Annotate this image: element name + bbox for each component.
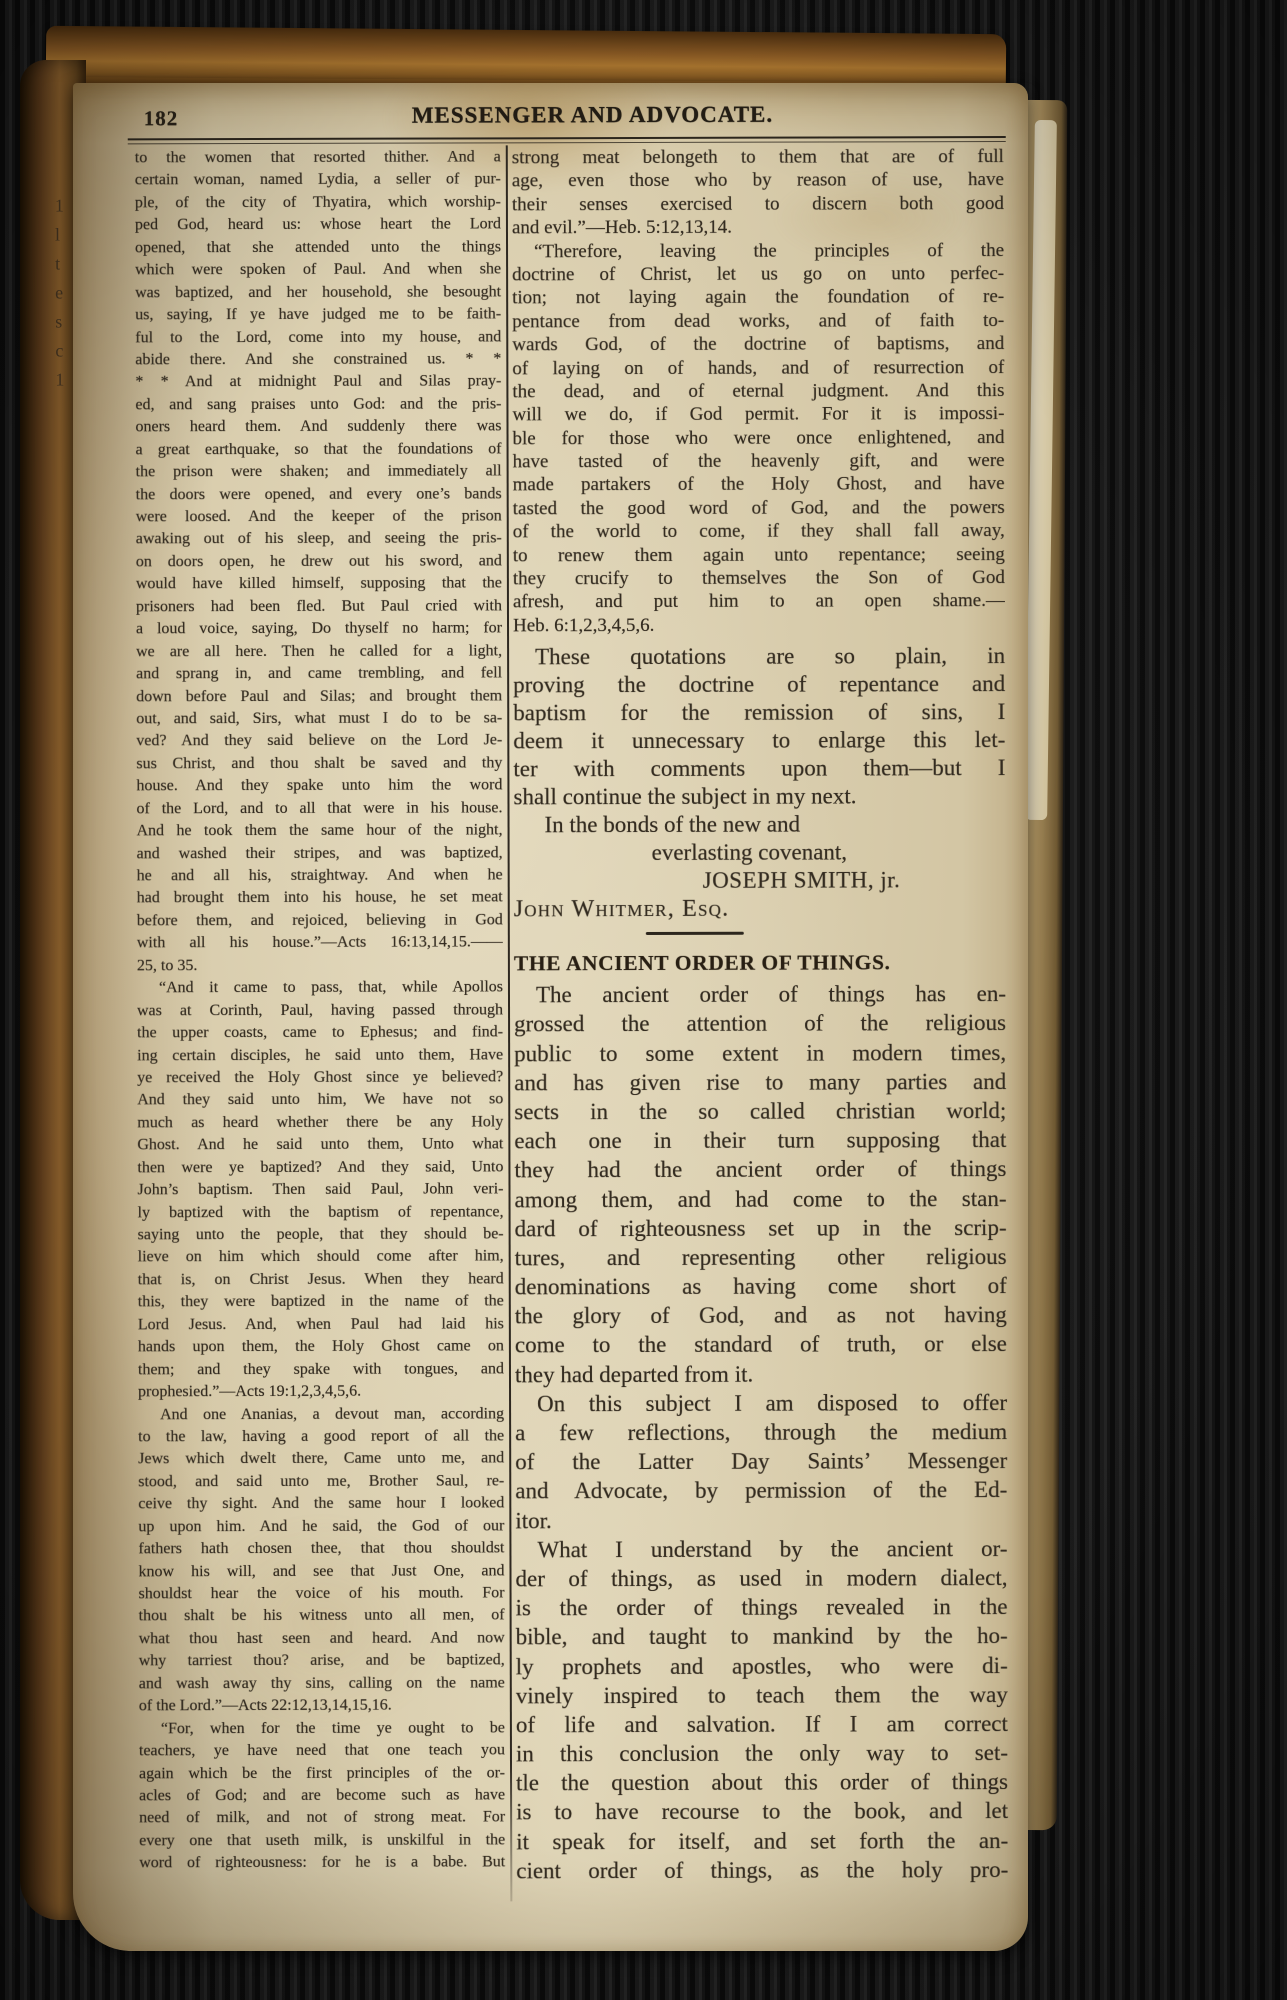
- text-line: John Whitmer, Esq.: [514, 894, 1006, 923]
- text-line: stood, and said unto me, Brother Saul, r…: [138, 1470, 504, 1493]
- text-line: and has given rise to many parties and: [514, 1067, 1006, 1097]
- text-line: and Advocate, by permission of the Ed-: [515, 1475, 1007, 1505]
- text-line: lieve on him which should come after him…: [138, 1246, 504, 1269]
- gutter-letter: t: [55, 249, 73, 278]
- text-line: shouldst hear the voice of his mouth. Fo…: [139, 1582, 505, 1605]
- text-line: doctrine of Christ, let us go on unto pe…: [512, 262, 1004, 287]
- text-line: out, and said, Sirs, what must I do to b…: [136, 707, 502, 730]
- text-line: ter with comments upon them—but I: [513, 754, 1005, 783]
- gutter-letter: c: [55, 336, 73, 365]
- text-line: a great earthquake, so that the foundati…: [136, 438, 502, 461]
- text-line: a loud voice, saying, Do thyself no harm…: [136, 618, 502, 641]
- text-line: Jews which dwelt there, Came unto me, an…: [138, 1448, 504, 1471]
- text-line: were loosed. And the keeper of the priso…: [136, 505, 502, 528]
- text-line: in this conclusion the only way to set-: [516, 1738, 1008, 1768]
- text-line: up upon him. And he said, the God of our: [138, 1515, 504, 1538]
- text-line: ly prophets and apostles, who were di-: [516, 1651, 1008, 1681]
- text-line: tion; not laying again the foundation of…: [512, 285, 1004, 310]
- text-line: which were spoken of Paul. And when she: [135, 259, 501, 282]
- text-line: he and all his, straightway. And when he: [137, 864, 503, 887]
- text-line: have tasted of the heavenly gift, and we…: [513, 449, 1005, 474]
- text-line: itor.: [515, 1505, 1007, 1535]
- text-line: need of milk, and not of strong meat. Fo…: [139, 1807, 505, 1830]
- left-column: to the women that resorted thither. And …: [135, 146, 506, 1875]
- text-line: denominations as having come short of: [515, 1271, 1007, 1301]
- text-line: saying unto the people, that they should…: [138, 1223, 504, 1246]
- text-line: Lord Jesus. And, when Paul had laid his: [138, 1313, 504, 1336]
- text-line: ped God, heard us: whose heart the Lord: [135, 214, 501, 237]
- text-line: of life and salvation. If I am correct: [516, 1709, 1008, 1739]
- text-line: abide there. And she constrained us. * *: [135, 348, 501, 371]
- text-line: cient order of things, as the holy pro-: [516, 1855, 1008, 1885]
- text-line: ple, of the city of Thyatira, which wors…: [135, 191, 501, 214]
- text-line: shall continue the subject in my next.: [513, 782, 1005, 811]
- text-line: again which be the first principles of t…: [139, 1762, 505, 1785]
- text-line: they had the ancient order of things: [514, 1154, 1006, 1184]
- text-line: and wash away thy sins, calling on the n…: [139, 1672, 505, 1695]
- text-line: and washed their stripes, and was baptiz…: [137, 842, 503, 865]
- text-line: dard of righteousness set up in the scri…: [515, 1213, 1007, 1243]
- text-line: had brought them into his house, he set …: [137, 887, 503, 910]
- text-line: before them, and rejoiced, believing in …: [137, 909, 503, 932]
- text-line: Ghost. And he said unto them, Unto what: [137, 1134, 503, 1157]
- text-line: * * And at midnight Paul and Silas pray-: [135, 371, 501, 394]
- text-line: we are all here. Then he called for a li…: [136, 640, 502, 663]
- text-line: wards God, of the doctrine of baptisms, …: [512, 332, 1004, 357]
- text-line: each one in their turn supposing that: [514, 1125, 1006, 1155]
- text-line: down before Paul and Silas; and brought …: [136, 685, 502, 708]
- text-line: ved? And they said believe on the Lord J…: [136, 730, 502, 753]
- text-line: every one that useth milk, is unskilful …: [139, 1829, 505, 1852]
- text-line: certain woman, named Lydia, a seller of …: [135, 169, 501, 192]
- text-line: is the order of things revealed in the: [516, 1592, 1008, 1622]
- text-line: fathers hath chosen thee, that thou shou…: [138, 1537, 504, 1560]
- text-line: “And it came to pass, that, while Apollo…: [137, 977, 503, 1000]
- text-line: will we do, if God permit. For it is imp…: [512, 402, 1004, 427]
- text-line: On this subject I am disposed to offer: [515, 1388, 1007, 1418]
- text-line: of laying on of hands, and of resurrecti…: [512, 356, 1004, 381]
- text-line: and sprang in, and came trembling, and f…: [136, 662, 502, 685]
- text-line: on doors open, he drew out his sword, an…: [136, 550, 502, 573]
- text-line: know his will, and see that Just One, an…: [138, 1560, 504, 1583]
- text-line: ed, and sang praises unto God: and the p…: [135, 393, 501, 416]
- text-line: of the Lord, and to all that were in his…: [136, 797, 502, 820]
- page-content: 182 MESSENGER AND ADVOCATE. 1ltesc1 to t…: [0, 0, 1287, 2000]
- text-line: [514, 922, 1006, 943]
- text-line: they crucify to themselves the Son of Go…: [513, 566, 1005, 591]
- text-line: sus Christ, and thou shalt be saved and …: [136, 752, 502, 775]
- text-line: And one Ananias, a devout man, according: [138, 1403, 504, 1426]
- text-line: house. And they spake unto him the word: [136, 775, 502, 798]
- text-line: ing certain disciples, he said unto them…: [137, 1044, 503, 1067]
- text-line: a few reflections, through the medium: [515, 1417, 1007, 1447]
- text-line: John’s baptism. Then said Paul, John ver…: [137, 1178, 503, 1201]
- text-line: bible, and taught to mankind by the ho-: [516, 1621, 1008, 1651]
- text-line: Heb. 6:1,2,3,4,5,6.: [513, 613, 1005, 638]
- text-line: hands upon them, the Holy Ghost came on: [138, 1336, 504, 1359]
- text-line: oners heard them. And suddenly there was: [135, 416, 501, 439]
- text-line: prisoners had been fled. But Paul cried …: [136, 595, 502, 618]
- text-line: 25, to 35.: [137, 954, 503, 977]
- text-line: THE ANCIENT ORDER OF THINGS.: [514, 945, 1006, 980]
- gutter-letter: s: [55, 307, 73, 336]
- text-line: These quotations are so plain, in: [513, 642, 1005, 671]
- text-line: der of things, as used in modern dialect…: [515, 1563, 1007, 1593]
- text-line: And they said unto him, We have not so: [137, 1089, 503, 1112]
- text-line: the dead, and of eternal judgment. And t…: [512, 379, 1004, 404]
- text-line: the upper coasts, came to Ephesus; and f…: [137, 1021, 503, 1044]
- gutter-letter: 1: [55, 365, 73, 394]
- text-line: was baptized, and her household, she bes…: [135, 281, 501, 304]
- photo-background: 182 MESSENGER AND ADVOCATE. 1ltesc1 to t…: [0, 0, 1287, 2000]
- text-line: strong meat belongeth to them that are o…: [512, 145, 1004, 170]
- text-line: tures, and representing other religious: [515, 1242, 1007, 1272]
- text-line: prophesied.”—Acts 19:1,2,3,4,5,6.: [138, 1380, 504, 1403]
- column-divider: [506, 145, 513, 1901]
- text-line: was at Corinth, Paul, having passed thro…: [137, 999, 503, 1022]
- text-line: to the women that resorted thither. And …: [135, 146, 501, 169]
- gutter-letter: e: [55, 278, 73, 307]
- text-line: to the law, having a good report of all …: [138, 1425, 504, 1448]
- text-line: is to have recourse to the book, and let: [516, 1797, 1008, 1827]
- text-line: their senses exercised to discern both g…: [512, 192, 1004, 217]
- text-line: them; and they spake with tongues, and: [138, 1358, 504, 1381]
- journal-title: MESSENGER AND ADVOCATE.: [412, 102, 773, 129]
- gutter-letter: 1: [55, 191, 73, 220]
- text-line: us, saying, If ye have judged me to be f…: [135, 303, 501, 326]
- text-line: pentance from dead works, and of faith t…: [512, 309, 1004, 334]
- text-line: this, they were baptized in the name of …: [138, 1291, 504, 1314]
- text-line: made partakers of the Holy Ghost, and ha…: [513, 473, 1005, 498]
- text-line: age, even those who by reason of use, ha…: [512, 168, 1004, 193]
- text-line: JOSEPH SMITH, jr.: [703, 866, 1006, 895]
- text-line: vinely inspired to teach them the way: [516, 1680, 1008, 1710]
- text-line: ble for those who were once enlightened,…: [512, 426, 1004, 451]
- text-line: What I understand by the ancient or-: [515, 1534, 1007, 1564]
- text-line: public to some extent in modern times,: [514, 1038, 1006, 1068]
- page-number: 182: [144, 106, 179, 131]
- text-line: The ancient order of things has en-: [514, 979, 1006, 1009]
- text-line: the doors were opened, and every one’s b…: [136, 483, 502, 506]
- text-line: everlasting covenant,: [652, 838, 1006, 867]
- text-line: among them, and had come to the stan-: [514, 1184, 1006, 1214]
- text-line: to renew them again unto repentance; see…: [513, 543, 1005, 568]
- text-line: would have killed himself, supposing tha…: [136, 573, 502, 596]
- text-line: tasted the good word of God, and the pow…: [513, 496, 1005, 521]
- text-line: and evil.”—Heb. 5:12,13,14.: [512, 215, 1004, 240]
- text-line: the prison were shaken; and immediately …: [136, 460, 502, 483]
- text-line: opened, that she attended unto the thing…: [135, 236, 501, 259]
- text-line: “For, when for the time ye ought to be: [139, 1717, 505, 1740]
- text-line: acles of God; and are become such as hav…: [139, 1784, 505, 1807]
- text-line: word of righteousness: for he is a babe.…: [139, 1852, 505, 1875]
- text-line: of the Lord.”—Acts 22:12,13,14,15,16.: [139, 1695, 505, 1718]
- text-line: of the Latter Day Saints’ Messenger: [515, 1446, 1007, 1476]
- text-line: tle the question about this order of thi…: [516, 1767, 1008, 1797]
- text-line: teachers, ye have need that one teach yo…: [139, 1739, 505, 1762]
- text-line: And he took them the same hour of the ni…: [137, 819, 503, 842]
- text-line: thou shalt be his witness unto all men, …: [139, 1605, 505, 1628]
- right-column: strong meat belongeth to them that are o…: [512, 145, 1009, 1885]
- text-line: ly baptized with the baptism of repentan…: [138, 1201, 504, 1224]
- text-line: the glory of God, and as not having: [515, 1300, 1007, 1330]
- text-line: that is, on Christ Jesus. When they hear…: [138, 1268, 504, 1291]
- text-line: grossed the attention of the religious: [514, 1008, 1006, 1038]
- text-line: sects in the so called christian world;: [514, 1096, 1006, 1126]
- text-line: ceive thy sight. And the same hour I loo…: [138, 1493, 504, 1516]
- text-line: come to the standard of truth, or else: [515, 1330, 1007, 1360]
- text-line: then were ye baptized? And they said, Un…: [137, 1156, 503, 1179]
- text-line: In the bonds of the new and: [545, 810, 1006, 839]
- text-line: proving the doctrine of repentance and: [513, 670, 1005, 699]
- text-line: awaking out of his sleep, and seeing the…: [136, 528, 502, 551]
- gutter-letters: 1ltesc1: [55, 191, 74, 394]
- text-line: “Therefore, leaving the principles of th…: [512, 239, 1004, 264]
- header-rule: [128, 136, 1006, 144]
- text-line: they had departed from it.: [515, 1359, 1007, 1389]
- text-line: afresh, and put him to an open shame.—: [513, 589, 1005, 614]
- text-line: with all his house.”—Acts 16:13,14,15.——: [137, 932, 503, 955]
- text-line: baptism for the remission of sins, I: [513, 698, 1005, 727]
- text-line: deem it unnecessary to enlarge this let-: [513, 726, 1005, 755]
- text-line: much as heard whether there be any Holy: [137, 1111, 503, 1134]
- text-line: ye received the Holy Ghost since ye beli…: [137, 1066, 503, 1089]
- text-line: why tarriest thou? arise, and be baptize…: [139, 1650, 505, 1673]
- text-line: of the world to come, if they shall fall…: [513, 519, 1005, 544]
- text-line: what thou hast seen and heard. And now: [139, 1627, 505, 1650]
- text-line: ful to the Lord, come into my house, and: [135, 326, 501, 349]
- gutter-letter: l: [55, 220, 73, 249]
- text-line: it speak for itself, and set forth the a…: [516, 1826, 1008, 1856]
